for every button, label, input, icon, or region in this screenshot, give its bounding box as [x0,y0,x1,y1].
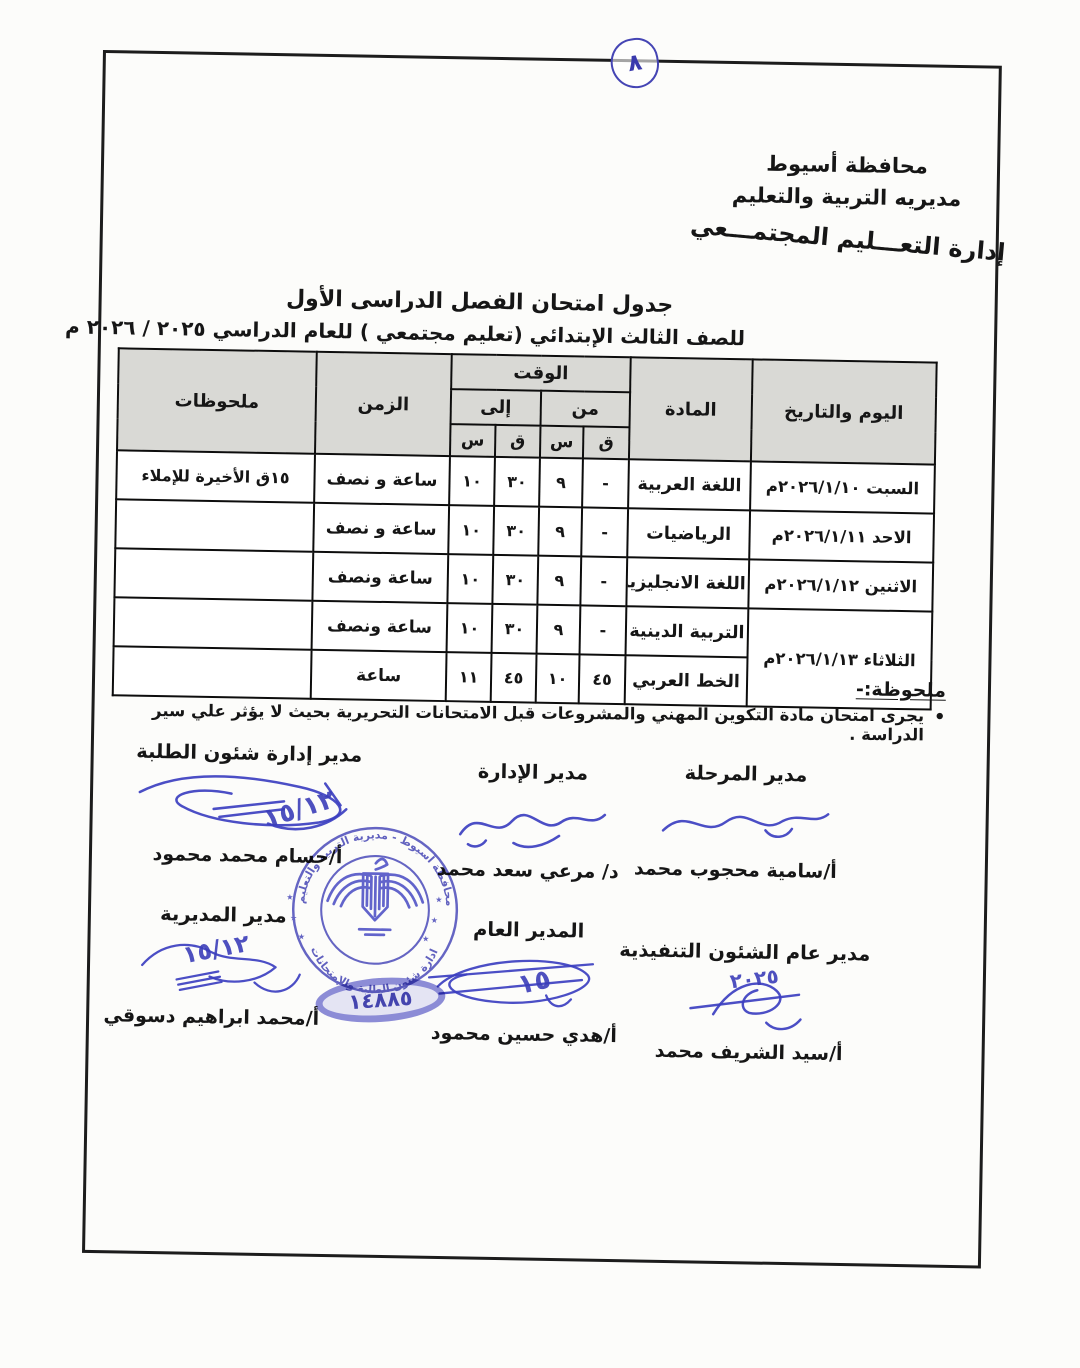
cell-from-minutes: - [580,556,627,606]
signature-name: د/ مرعي سعد محمد [444,858,619,883]
cell-to-hours: ١٠ [448,505,494,555]
header-time: الوقت [451,354,631,392]
cell-subject: الرياضيات [627,508,750,559]
signature-name: أ/سيد الشريف محمد [628,1039,868,1065]
title-line-1: جدول امتحان الفصل الدراسى الأول [213,285,745,319]
cell-to-minutes: ٣٠ [494,457,540,507]
header-from: من [541,391,631,428]
header-subject: المادة [629,357,753,461]
signature-title: مدير إدارة شئون الطلبة [112,739,387,767]
cell-note [115,499,314,551]
official-round-stamp: محافظة أسيوط - مديرية التربية والتعليم ا… [286,820,465,999]
cell-to-hours: ١٠ [449,456,495,506]
cell-subject: اللغة العربية [628,459,751,510]
cell-to-minutes: ٣٠ [492,555,538,605]
cell-duration: ساعة و نصف [313,503,449,554]
cell-to-minutes: ٣٠ [493,506,539,556]
signature-name: أ/محمد ابراهيم دسوقي [124,1005,319,1030]
footnote-line: • يجرى امتحان مادة التكوين المهني والمشر… [125,692,946,744]
signature-scribble [654,786,835,861]
cell-duration: ساعة و نصف [314,454,450,505]
cell-from-hours: ٩ [538,507,582,557]
header-duration: الزمن [315,352,452,456]
scan-border-frame: ٨ محافظة أسيوط مديريه التربية والتعليم إ… [82,50,1002,1269]
signature-block-stage-director: مدير المرحلة أ/سامية محجوب محمد [652,761,839,883]
title-line-2: للصف الثالث الإبتدائي (تعليم مجتمعي ) لل… [213,317,745,350]
cell-subject: اللغة الانجليزية [626,557,749,608]
cell-note: ١٥ق الأخيرة للإملاء [116,450,315,502]
handwritten-page-number: ٨ [607,35,662,92]
cell-subject: التربية الدينية [626,606,749,657]
letterhead-directorate: مديريه التربية والتعليم [712,179,981,215]
cell-day-date: الاحد ٢٠٢٦/١/١١م [749,510,934,562]
scanned-exam-schedule-page: { "page": { "page_number": "٨" }, "lette… [0,0,1080,1368]
header-to-minutes: ق [495,425,541,458]
document-title: جدول امتحان الفصل الدراسى الأول للصف الث… [213,285,746,350]
signature-name: أ/سامية محجوب محمد [652,858,837,883]
signature-block-administration-director: مدير الإدارة د/ مرعي سعد محمد [444,759,621,883]
cell-day-date: السبت ٢٠٢٦/١/١٠م [750,461,935,513]
cell-to-hours: ١٠ [447,603,493,653]
cell-duration: ساعة ونصف [312,552,448,603]
page-number-text: ٨ [626,49,644,77]
cell-from-hours: ٩ [537,556,581,606]
svg-text:٭: ٭ [298,930,306,945]
cell-to-hours: ١٠ [447,554,493,604]
signature-title: مدير المرحلة [653,761,838,787]
signature-name: أ/هدي حسين محمود [437,1022,617,1047]
stamp-graphic: محافظة أسيوط - مديرية التربية والتعليم ا… [286,820,465,999]
exam-schedule-table: اليوم والتاريخ المادة الوقت الزمن ملحوظا… [112,347,938,710]
bullet-icon: • [934,707,946,729]
signature-title: مدير عام الشئون التنفيذية [630,938,870,965]
cell-from-hours: ٩ [539,458,583,508]
cell-from-minutes: - [582,458,629,508]
cell-from-minutes: - [580,605,627,655]
letterhead-administration: إدارة التعـــليم المجتمـــعي [689,207,1007,270]
cell-day-date: الاثنين ٢٠٢٦/١/١٢م [748,559,933,611]
cell-to-minutes: ٣٠ [492,604,538,654]
svg-text:٭: ٭ [286,890,294,905]
footnote-block: ملحوظة:- • يجرى امتحان مادة التكوين المه… [125,665,946,744]
stamp-number: ١٤٨٨٥ [348,986,414,1014]
header-to: إلى [451,389,542,426]
svg-text:٭: ٭ [422,932,430,947]
header-from-hours: س [540,426,584,459]
header-from-minutes: ق [583,426,630,459]
cell-note [114,597,313,649]
eagle-emblem-icon [327,858,424,935]
footnote-text: يجرى امتحان مادة التكوين المهني والمشروع… [125,701,924,745]
letterhead-governorate: محافظة أسيوط [713,148,982,184]
svg-text:٭: ٭ [431,913,439,928]
cell-from-minutes: - [581,507,628,557]
svg-text:٭: ٭ [290,911,298,926]
signature-title: المدير العام [439,917,619,943]
cell-from-hours: ٩ [537,605,581,655]
svg-text:٭: ٭ [435,893,443,908]
cell-note [114,548,313,600]
signature-title: مدير الإدارة [445,759,620,785]
signature-scribble [447,784,616,861]
header-notes: ملحوظات [117,348,317,453]
header-day-date: اليوم والتاريخ [751,359,937,464]
letterhead: محافظة أسيوط مديريه التربية والتعليم إدا… [712,148,982,260]
cell-duration: ساعة ونصف [312,601,448,652]
signature-block-executive-affairs-director: مدير عام الشئون التنفيذية أ/سيد الشريف م… [628,938,870,1065]
header-to-hours: س [450,424,496,457]
